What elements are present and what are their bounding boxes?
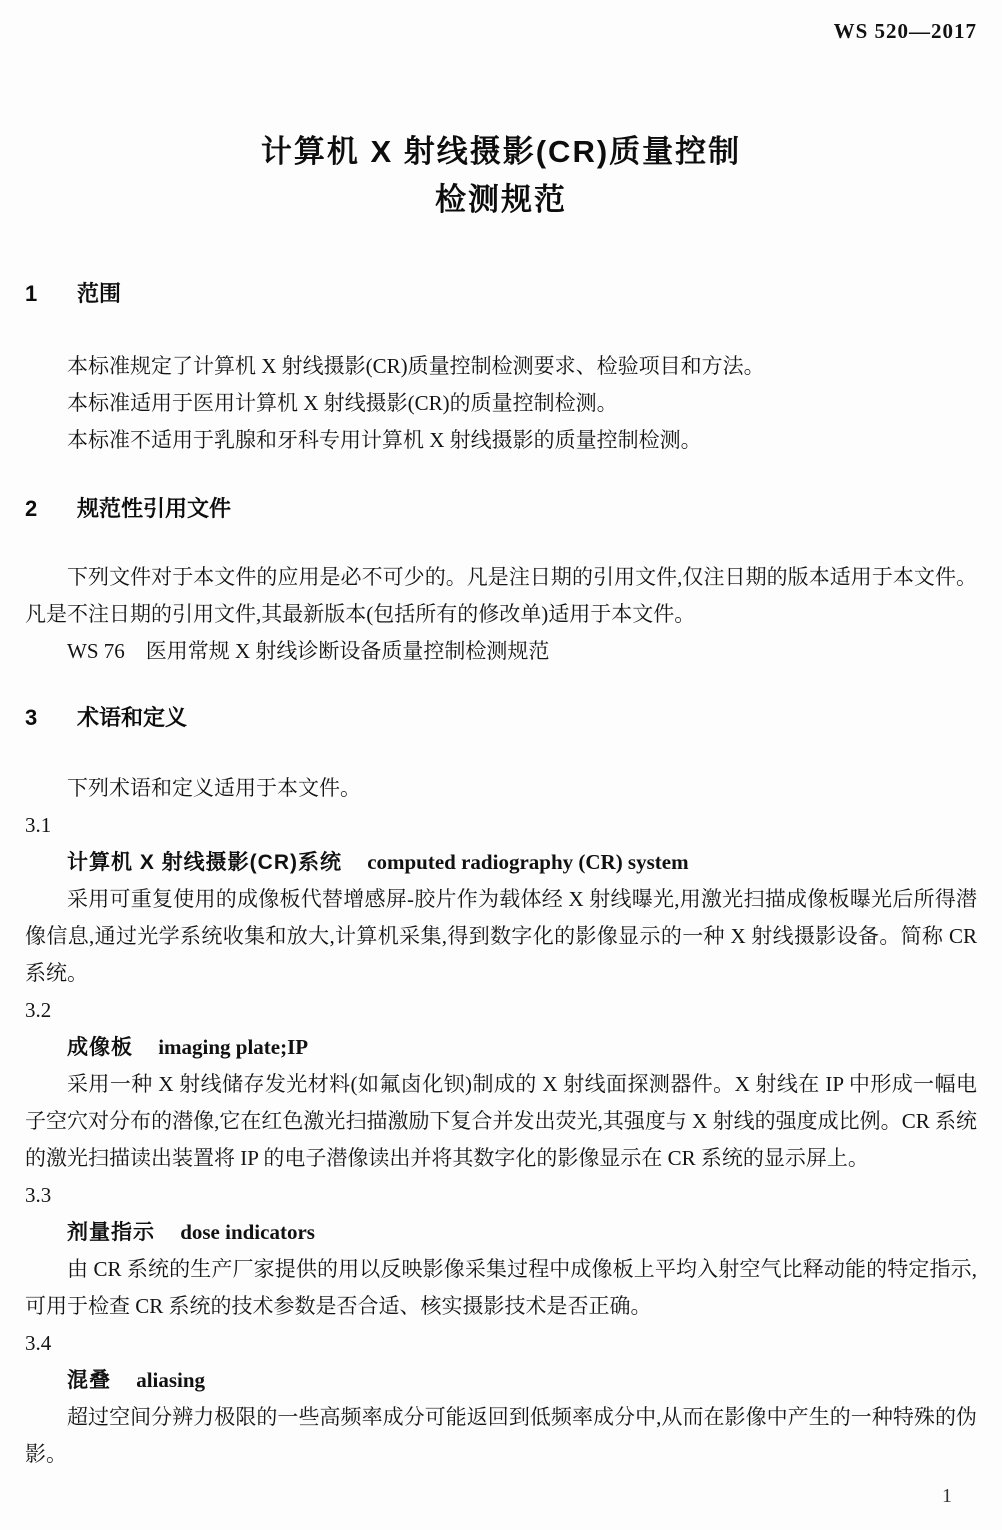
section-1-paragraph: 本标准规定了计算机 X 射线摄影(CR)质量控制检测要求、检验项目和方法。 xyxy=(25,348,977,385)
document-page: WS 520—2017 计算机 X 射线摄影(CR)质量控制 检测规范 1范围 … xyxy=(0,0,1002,1530)
section-1-number: 1 xyxy=(25,280,77,308)
section-1-title: 范围 xyxy=(77,281,121,306)
normative-reference: WS 76 医用常规 X 射线诊断设备质量控制检测规范 xyxy=(25,633,977,670)
document-header: WS 520—2017 xyxy=(25,18,977,44)
term-line: 计算机 X 射线摄影(CR)系统computed radiography (CR… xyxy=(25,844,977,881)
section-1-heading: 1范围 xyxy=(25,280,977,308)
page-number: 1 xyxy=(942,1485,952,1508)
document-title: 计算机 X 射线摄影(CR)质量控制 检测规范 xyxy=(25,128,977,224)
term-number: 3.3 xyxy=(25,1177,977,1214)
section-2-title: 规范性引用文件 xyxy=(77,496,231,521)
term-definition: 采用一种 X 射线储存发光材料(如氟卤化钡)制成的 X 射线面探测器件。X 射线… xyxy=(25,1066,977,1177)
standard-code: WS 520—2017 xyxy=(834,19,977,43)
section-3-heading: 3术语和定义 xyxy=(25,704,977,732)
section-3-number: 3 xyxy=(25,704,77,732)
term-line: 成像板imaging plate;IP xyxy=(25,1029,977,1066)
term-number: 3.1 xyxy=(25,807,977,844)
term-definition: 由 CR 系统的生产厂家提供的用以反映影像采集过程中成像板上平均入射空气比释动能… xyxy=(25,1251,977,1325)
term-definition: 采用可重复使用的成像板代替增感屏-胶片作为载体经 X 射线曝光,用激光扫描成像板… xyxy=(25,881,977,992)
term-definition: 超过空间分辨力极限的一些高频率成分可能返回到低频率成分中,从而在影像中产生的一种… xyxy=(25,1399,977,1473)
term-number: 3.2 xyxy=(25,992,977,1029)
section-1-paragraph: 本标准适用于医用计算机 X 射线摄影(CR)的质量控制检测。 xyxy=(25,385,977,422)
term-english: computed radiography (CR) system xyxy=(367,850,688,874)
term-english: aliasing xyxy=(136,1368,205,1392)
section-3-intro: 下列术语和定义适用于本文件。 xyxy=(25,770,977,807)
section-1-paragraph: 本标准不适用于乳腺和牙科专用计算机 X 射线摄影的质量控制检测。 xyxy=(25,422,977,459)
term-english: dose indicators xyxy=(180,1220,315,1244)
term-chinese: 剂量指示 xyxy=(67,1221,155,1244)
title-line-1: 计算机 X 射线摄影(CR)质量控制 xyxy=(25,128,977,176)
term-line: 剂量指示dose indicators xyxy=(25,1214,977,1251)
section-2-heading: 2规范性引用文件 xyxy=(25,495,977,523)
section-2-number: 2 xyxy=(25,495,77,523)
term-english: imaging plate;IP xyxy=(158,1035,308,1059)
title-line-2: 检测规范 xyxy=(25,176,977,224)
term-chinese: 计算机 X 射线摄影(CR)系统 xyxy=(67,851,342,874)
term-chinese: 混叠 xyxy=(67,1369,111,1392)
term-line: 混叠aliasing xyxy=(25,1362,977,1399)
term-chinese: 成像板 xyxy=(67,1036,133,1059)
section-3-title: 术语和定义 xyxy=(77,705,187,730)
term-number: 3.4 xyxy=(25,1325,977,1362)
section-2-paragraph: 下列文件对于本文件的应用是必不可少的。凡是注日期的引用文件,仅注日期的版本适用于… xyxy=(25,559,977,633)
